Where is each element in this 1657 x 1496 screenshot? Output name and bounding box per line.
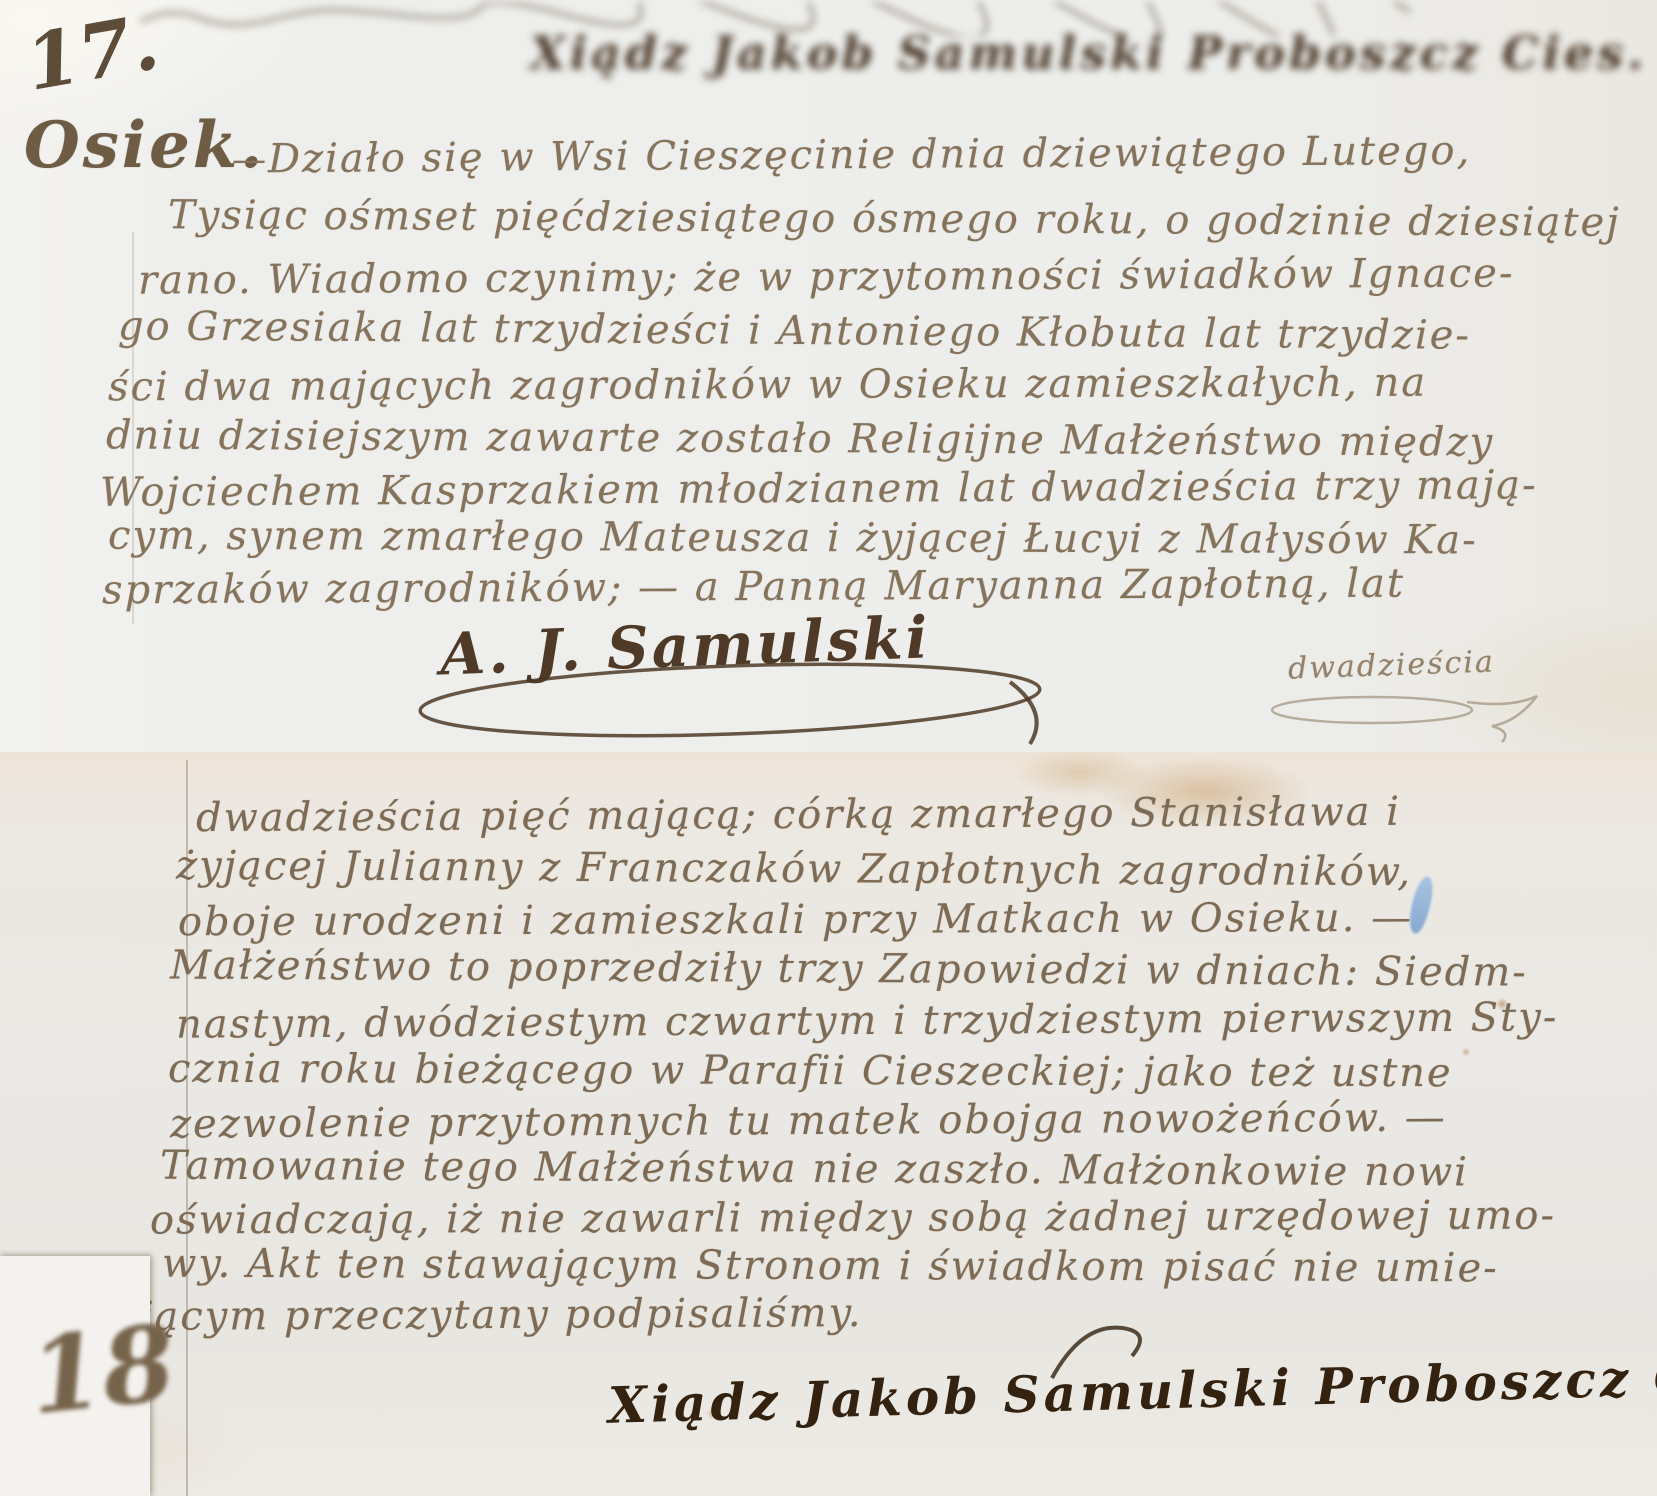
document-scan: Xiądz Jakob Samulski Proboszcz Cies. 17.… xyxy=(0,0,1657,1496)
record-line: żyjącej Julianny z Franczaków Zapłotnych… xyxy=(176,843,1412,895)
record-line: Wojciechem Kasprzakiem młodzianem lat dw… xyxy=(100,462,1538,516)
register-page-2: dwadzieścia pięć mającą; córką zmarłego … xyxy=(0,752,1657,1496)
record-line: Małżeństwo to poprzedziły trzy Zapowiedz… xyxy=(170,942,1528,995)
previous-entry-signature: Xiądz Jakob Samulski Proboszcz Cies. xyxy=(530,26,1647,80)
record-line: ści dwa mających zagrodników w Osieku za… xyxy=(108,360,1427,411)
place-heading: Osiek. xyxy=(24,108,265,183)
record-line: Tysiąc ośmset pięćdziesiątego ósmego rok… xyxy=(168,192,1621,246)
record-line: nastym, dwódziestym czwartym i trzydzies… xyxy=(176,994,1559,1047)
record-line: Tamowanie tego Małżeństwa nie zaszło. Ma… xyxy=(160,1143,1469,1196)
record-line: rano. Wiadomo czynimy; że w przytomności… xyxy=(138,250,1515,303)
heading-dash: — xyxy=(232,140,268,180)
record-line: sprzaków zagrodników; — a Panną Maryanna… xyxy=(102,561,1405,614)
record-line: dniu dzisiejszym zawarte zostało Religij… xyxy=(106,412,1494,465)
next-record-number: 18 xyxy=(24,1301,181,1438)
record-line: jącym przeczytany podpisaliśmy. xyxy=(140,1290,863,1340)
record-line: cznia roku bieżącego w Parafii Cieszecki… xyxy=(168,1046,1453,1096)
record-line: go Grzesiaka lat trzydzieści i Antoniego… xyxy=(118,303,1471,358)
record-line: Działo się w Wsi Cieszęcinie dnia dziewi… xyxy=(268,128,1472,182)
record-line: oboje urodzeni i zamieszkali przy Matkac… xyxy=(178,895,1413,945)
closing-flourish xyxy=(1042,1318,1162,1388)
register-page-1: Xiądz Jakob Samulski Proboszcz Cies. 17.… xyxy=(0,0,1657,752)
record-line: wy. Akt ten stawającym Stronom i świadko… xyxy=(162,1241,1499,1292)
record-line: cym, synem zmarłego Mateusza i żyjącej Ł… xyxy=(108,513,1478,564)
next-record-patch: 18 xyxy=(0,1256,150,1496)
record-line: oświadczają, iż nie zawarli między sobą … xyxy=(150,1193,1556,1244)
record-line: zezwolenie przytomnych tu matek obojga n… xyxy=(170,1095,1447,1148)
signature-flourish xyxy=(400,652,1060,762)
catchword: dwadzieścia xyxy=(1287,644,1495,686)
previous-entry-blurred-strip: Xiądz Jakob Samulski Proboszcz Cies. xyxy=(0,0,1657,122)
catchword-flourish xyxy=(1262,688,1562,744)
record-line: dwadzieścia pięć mającą; córką zmarłego … xyxy=(196,789,1401,841)
